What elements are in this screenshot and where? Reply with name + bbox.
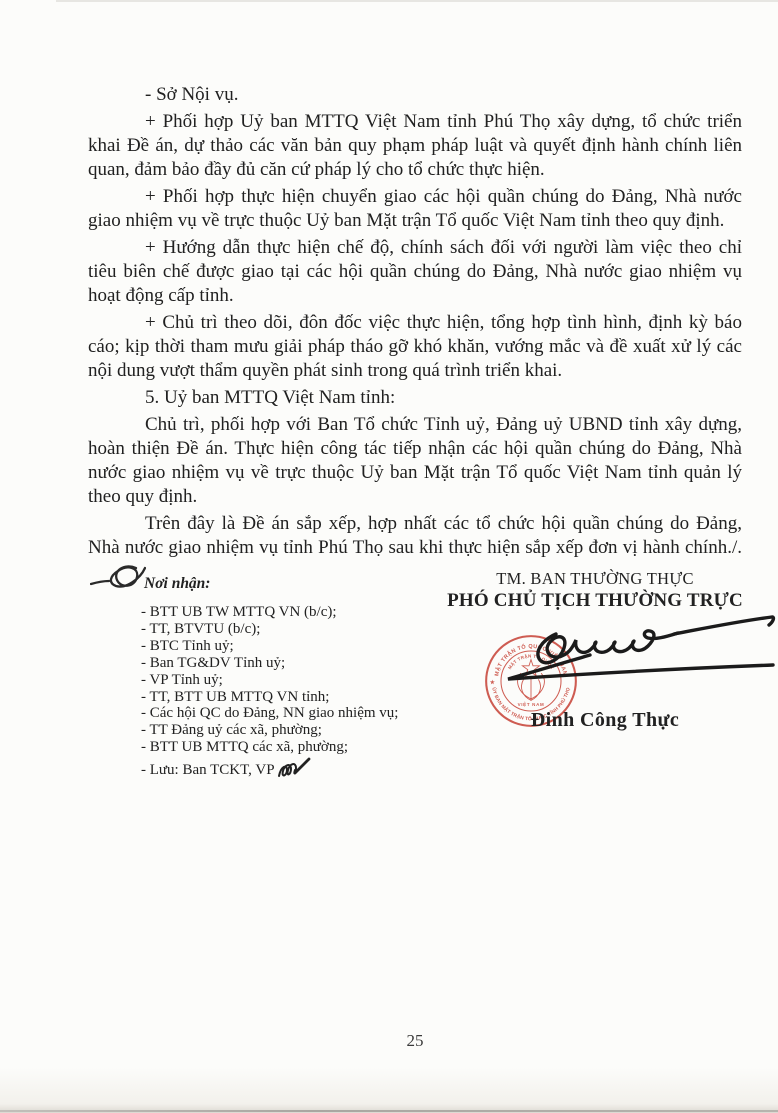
recipient-item: - TT, BTVTU (b/c); [141, 621, 471, 638]
signature-cursive-stroke [538, 631, 678, 663]
scanned-document-page: - Sở Nội vụ. + Phối hợp Uỷ ban MTTQ Việt… [0, 0, 778, 1113]
recipients-list: - BTT UB TW MTTQ VN (b/c); - TT, BTVTU (… [141, 604, 471, 782]
recipient-item: - Ban TG&DV Tỉnh uỷ; [141, 655, 471, 672]
paragraph: + Chủ trì theo dõi, đôn đốc việc thực hi… [88, 311, 742, 383]
paragraph-text: Trên đây là Đề án sắp xếp, hợp nhất các … [88, 513, 742, 558]
signature-authority-line: TM. BAN THƯỜNG THỰC [440, 569, 750, 589]
recipient-item: - TT, BTT UB MTTQ VN tỉnh; [141, 689, 471, 706]
paragraph: + Hướng dẫn thực hiện chế độ, chính sách… [88, 236, 742, 308]
recipients-heading: Nơi nhận: [144, 575, 471, 593]
recipient-item: - BTC Tỉnh uỷ; [141, 638, 471, 655]
handwritten-paraph-mark [90, 560, 146, 596]
scan-edge-top [56, 0, 778, 2]
recipient-item: - Các hội QC do Đảng, NN giao nhiệm vụ; [141, 705, 471, 722]
signature-top-bar-stroke [674, 617, 773, 634]
signature-underline-stroke [508, 655, 773, 679]
recipient-item: - VP Tỉnh uỷ; [141, 672, 471, 689]
paragraph-text: + Phối hợp Uỷ ban MTTQ Việt Nam tỉnh Phú… [88, 111, 742, 180]
paragraph: + Phối hợp thực hiện chuyển giao các hội… [88, 185, 742, 233]
recipient-item: - BTT UB TW MTTQ VN (b/c); [141, 604, 471, 621]
paragraph-text: + Chủ trì theo dõi, đôn đốc việc thực hi… [88, 312, 742, 381]
handwritten-initial-mark [276, 756, 312, 782]
paragraph: Chủ trì, phối hợp với Ban Tổ chức Tỉnh u… [88, 413, 742, 509]
recipient-item-archive: - Lưu: Ban TCKT, VP [141, 756, 471, 782]
scan-edge-bottom-shade [0, 1067, 778, 1113]
paragraph-text: Chủ trì, phối hợp với Ban Tổ chức Tỉnh u… [88, 414, 742, 507]
paragraph-text: - Sở Nội vụ. [145, 84, 238, 105]
signer-name: Đinh Công Thực [460, 709, 750, 732]
handwritten-signature [478, 600, 778, 705]
recipient-item: - BTT UB MTTQ các xã, phường; [141, 739, 471, 756]
paragraph: - Sở Nội vụ. [88, 83, 742, 107]
paragraph-text: + Phối hợp thực hiện chuyển giao các hội… [88, 186, 742, 231]
document-body: - Sở Nội vụ. + Phối hợp Uỷ ban MTTQ Việt… [88, 83, 742, 599]
page-number: 25 [88, 1031, 742, 1051]
recipients-block: Nơi nhận: - BTT UB TW MTTQ VN (b/c); - T… [141, 575, 471, 782]
recipient-item-text: - Lưu: Ban TCKT, VP [141, 762, 275, 778]
scan-edge-bottom-line [0, 1110, 778, 1112]
recipient-item: - TT Đảng uỷ các xã, phường; [141, 722, 471, 739]
section-heading: 5. Uỷ ban MTTQ Việt Nam tỉnh: [88, 386, 742, 410]
section-heading-text: 5. Uỷ ban MTTQ Việt Nam tỉnh: [145, 387, 395, 408]
paragraph: + Phối hợp Uỷ ban MTTQ Việt Nam tỉnh Phú… [88, 110, 742, 182]
paragraph-text: + Hướng dẫn thực hiện chế độ, chính sách… [88, 237, 742, 306]
